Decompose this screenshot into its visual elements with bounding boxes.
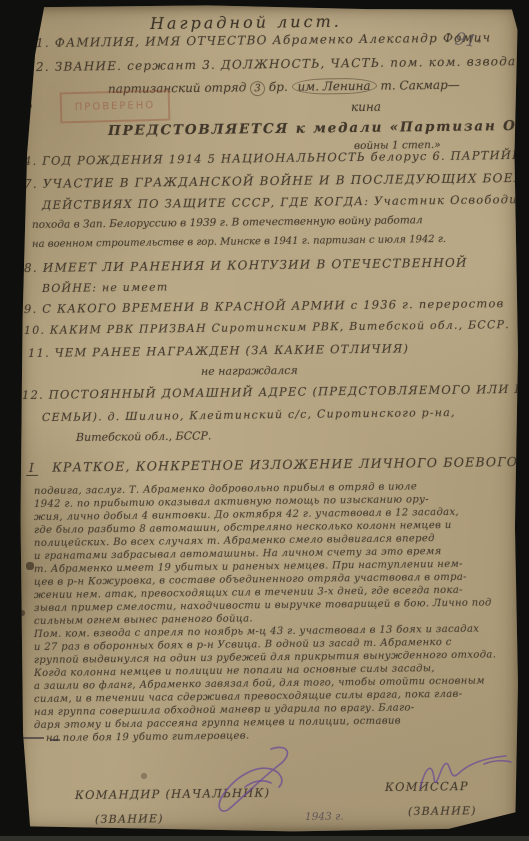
archive-stamp: ПРОВЕРЕНО [60, 90, 171, 124]
field-prior-awards-value: не награждался [201, 364, 298, 378]
field-civil-war-label: 7. УЧАСТИЕ В ГРАЖДАНСКОЙ ВОЙНЕ И В ПОСЛЕ… [24, 171, 529, 191]
field-wounds-value: ВОЙНЕ: не имеет [42, 280, 169, 295]
field-civil-war-value: ДЕЙСТВИЯХ ПО ЗАЩИТЕ СССР, ГДЕ КОГДА: Уча… [42, 192, 529, 212]
commander-rank-label: (ЗВАНИЕ) [95, 812, 164, 826]
field-home-address-value: СЕМЬИ). д. Шилино, Клейтинский с/с, Сиро… [42, 406, 456, 424]
award-line: ПРЕДСТОВЛЯЕТСЯ к медали «Партизан Отечес… [108, 116, 529, 139]
page-title: Наградной лист. [150, 12, 342, 33]
field-wounds-label: 8. ИМЕЕТ ЛИ РАНЕНИЯ И КОНТУЗИИ В ОТЕЧЕСТ… [24, 256, 468, 275]
commissar-rank-label: (ЗВАНИЕ) [408, 804, 477, 818]
scan-edge-strip [0, 836, 529, 841]
pencil-mark [50, 739, 60, 741]
field-birth-nationality-party: 4. ГОД РОЖДЕНИЯ 1914 5 НАЦИОНАЛЬНОСТЬ бе… [24, 147, 529, 168]
feat-line: сильным огнем вынес раненого бойца. [34, 613, 253, 627]
scanned-award-document: { "doc": { "title": "Наградной лист.", "… [0, 0, 529, 841]
pencil-mark [18, 737, 44, 739]
section-roman-numeral: I [26, 460, 38, 476]
field-unit-continued: кина [351, 100, 381, 114]
unit-text-3: т. Сакмар— [377, 78, 460, 93]
section-heading: IКРАТКОЕ, КОНКРЕТНОЕ ИЗЛОЖЕНИЕ ЛИЧНОГО Б… [26, 454, 518, 476]
field-home-address-value-2: Витебской обл., БССР. [76, 429, 212, 444]
field-home-address-label: 12. ПОСТОЯННЫЙ ДОМАШНИЙ АДРЕС (ПРЕДСТОВЛ… [22, 382, 529, 402]
feat-line: на поле боя 19 убито гитлеровцев. [46, 731, 250, 744]
feat-line: даря этому и была рассеяна группа немцев… [34, 716, 401, 731]
field-name: 1. ФАМИЛИЯ, ИМЯ ОТЧЕСТВО Абраменко Алекс… [36, 30, 491, 50]
field-prior-awards-label: 11. ЧЕМ РАНЕЕ НАГРАЖДЕН (ЗА КАКИЕ ОТЛИЧИ… [28, 341, 409, 360]
field-army-since: 9. С КАКОГО ВРЕМЕНИ В КРАСНОЙ АРМИИ с 19… [24, 296, 505, 316]
commander-signature [201, 743, 321, 821]
unit-text-2: бр. [265, 80, 292, 94]
circled-brigade-name: им. Ленина [291, 78, 376, 95]
field-rank-position: 2. ЗВАНИЕ. сержант 3. ДОЛЖНОСТЬ, ЧАСТЬ. … [36, 54, 522, 74]
document-paper: Наградной лист. 91 1. ФАМИЛИЯ, ИМЯ ОТЧЕС… [16, 5, 519, 833]
field-drafted-by: 10. КАКИМ РВК ПРИЗВАН Сиротинским РВК, В… [24, 318, 510, 337]
section-heading-text: КРАТКОЕ, КОНКРЕТНОЕ ИЗЛОЖЕНИЕ ЛИЧНОГО БО… [52, 454, 518, 475]
circled-detachment-number: 3 [250, 81, 265, 96]
field-civil-war-value-3: на военном строительстве в гор. Минске в… [32, 234, 446, 250]
field-civil-war-value-2: похода в Зап. Белоруссию в 1939 г. В оте… [32, 214, 423, 231]
commissar-signature [414, 748, 514, 800]
